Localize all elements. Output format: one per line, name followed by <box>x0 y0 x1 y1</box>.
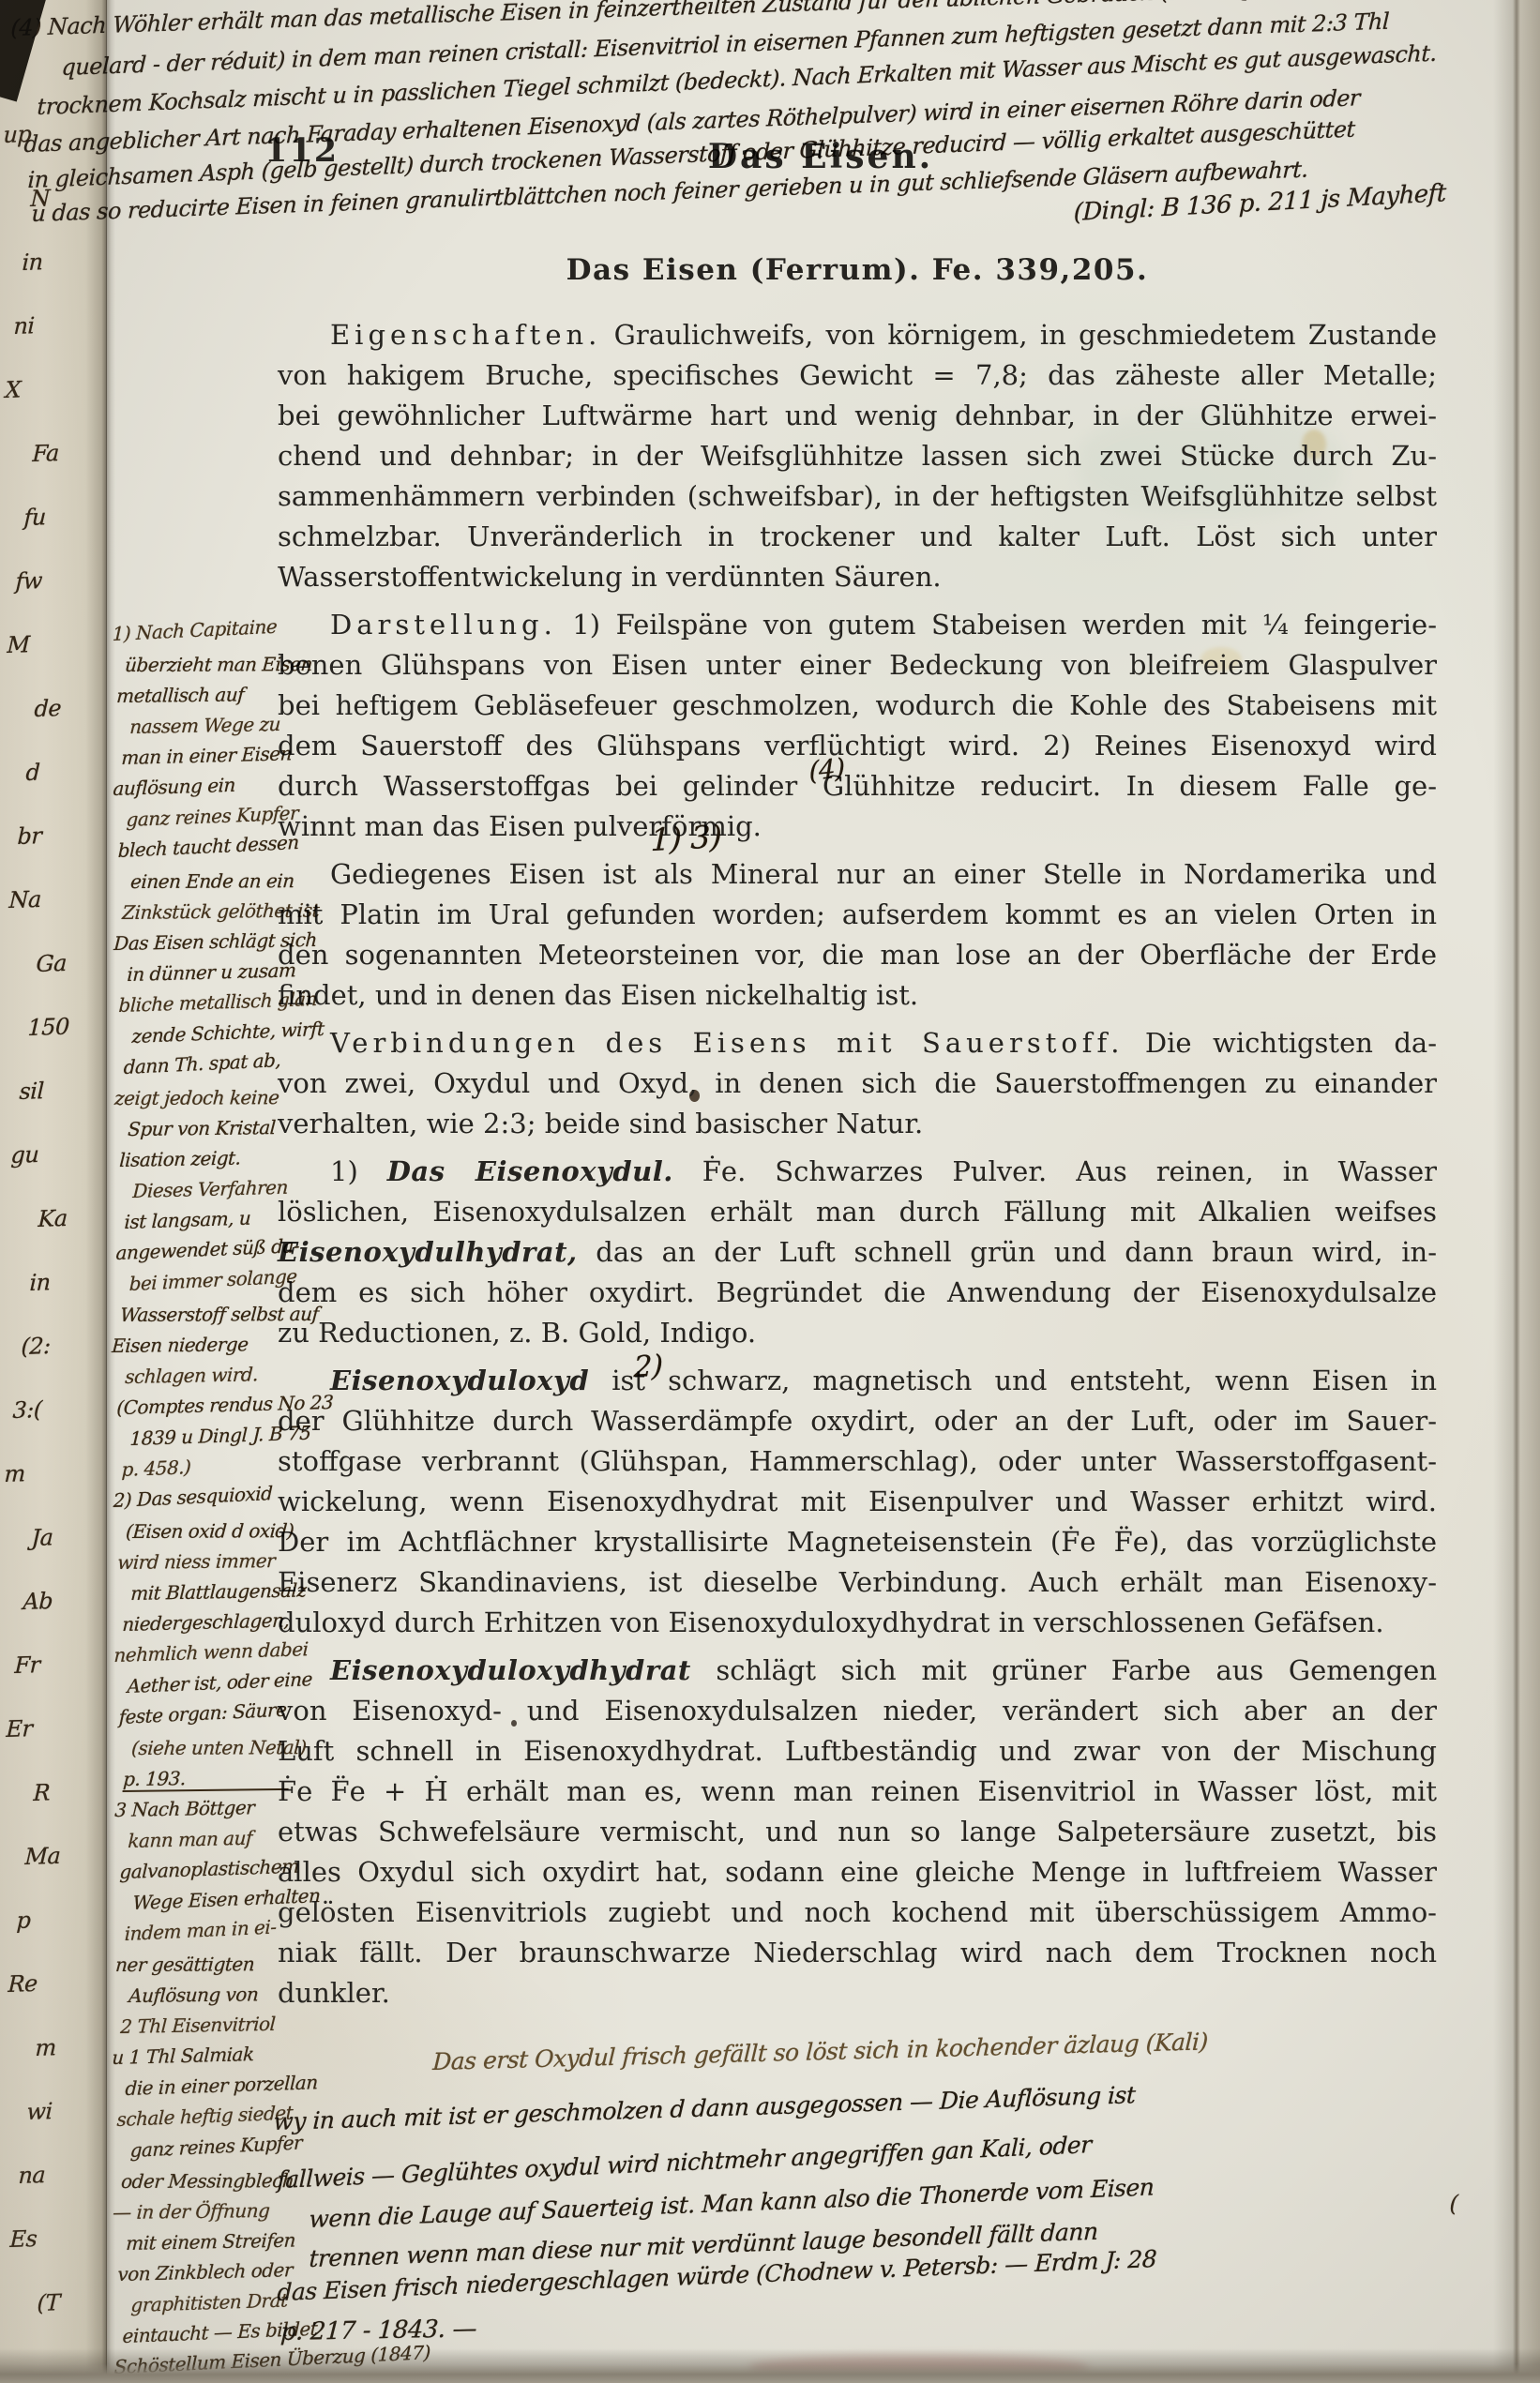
bottom-note-line: fallweis — Geglühtes oxydul wird nichtme… <box>277 2131 1092 2194</box>
print-text-segment: Die wichtigsten da- <box>1124 1027 1437 1059</box>
margin-note-line: ganz reines Kupfer <box>129 2131 302 2162</box>
print-text-segment: Ferrum <box>765 253 894 287</box>
chapter-title: Das Eisen (Ferrum). Fe. 339,205. <box>278 253 1437 287</box>
print-paragraph: Eisenoxyduloxydhydrat schlägt sich mit g… <box>278 1651 1437 2013</box>
print-line: von Eisenoxyd- und Eisenoxydulsalzen nie… <box>278 1691 1437 1731</box>
print-text-segment: winnt man das Eisen pulverförmig. <box>278 810 762 842</box>
print-line: alles Oxydul sich oxydirt hat, sodann ei… <box>278 1852 1437 1893</box>
print-text-segment: niak fällt. Der braunschwarze Niederschl… <box>278 1937 1437 1968</box>
print-text-segment: Luft schnell in Eisenoxydhydrat. Luftbes… <box>278 1735 1437 1767</box>
print-line: Wasserstoffentwickelung in verdünnten Sä… <box>278 557 1437 597</box>
margin-note-line: ganz reines Kupfer <box>126 802 298 831</box>
print-text-segment: dunkler. <box>278 1977 390 2009</box>
print-text-segment: 1) <box>330 1155 387 1187</box>
print-line: stoffgase verbrannt (Glühspan, Hammersch… <box>278 1441 1437 1482</box>
print-text-segment: wickelung, wenn Eisenoxydhydrat mit Eise… <box>278 1486 1437 1517</box>
margin-note-line: mit einem Streifen <box>126 2229 296 2255</box>
print-text-segment: benen Glühspans von Eisen unter einer Be… <box>278 649 1437 681</box>
margin-note-line: wird niess immer <box>117 1549 276 1574</box>
print-line: niak fällt. Der braunschwarze Niederschl… <box>278 1933 1437 1973</box>
margin-note-line: oder Messingblech <box>120 2169 294 2193</box>
margin-note-line: die in einer porzellan <box>125 2071 318 2100</box>
print-line: schmelzbar. Unveränderlich in trockener … <box>278 517 1437 557</box>
margin-note-line: Dieses Verfahren <box>132 1176 288 1202</box>
print-line: mit Platin im Ural gefunden worden; aufs… <box>278 895 1437 935</box>
margin-note-line: p. 458.) <box>121 1455 191 1481</box>
print-line: den sogenannten Meteorsteinen vor, die m… <box>278 935 1437 975</box>
margin-note-line: auflösung ein <box>113 774 235 800</box>
margin-note-line: bei immer solange <box>128 1265 296 1295</box>
print-text-segment: Eisenoxyduloxyd <box>330 1365 589 1396</box>
print-line: Eisenoxydulhydrat, das an der Luft schne… <box>278 1232 1437 1273</box>
margin-note-line: ist langsam, u <box>124 1207 251 1234</box>
print-text-segment: durch Wasserstoffgas bei gelinder Glühhi… <box>278 770 1437 802</box>
margin-note-line: nassem Wege zu <box>129 713 281 738</box>
print-text-segment: dem Sauerstoff des Glühspans verflüchtig… <box>278 730 1437 762</box>
margin-note-line: schlagen wird. <box>125 1363 259 1388</box>
page-right-edge <box>1493 0 1540 2383</box>
margin-note-line: lisation zeigt. <box>119 1147 241 1172</box>
print-line: Eisenoxyduloxyd ist schwarz, magnetisch … <box>278 1361 1437 1401</box>
print-paragraph: 1) Das Eisenoxydul. Ḟe. Schwarzes Pulver… <box>278 1152 1437 1353</box>
page-fold-crease <box>106 0 115 2383</box>
print-line: gelösten Eisenvitriols zugiebt und noch … <box>278 1893 1437 1933</box>
print-line: zu Reductionen, z. B. Gold, Indigo. <box>278 1313 1437 1353</box>
margin-note-line: in dünner u zusam <box>127 958 296 986</box>
margin-note-line: indem man in ei- <box>124 1915 276 1945</box>
margin-note-line: dann Th. spat ab, <box>123 1048 280 1078</box>
print-paragraph: Darstellung. 1) Feilspäne von gutem Stab… <box>278 605 1437 847</box>
margin-note-line: u 1 Thl Salmiak <box>112 2043 254 2069</box>
page-fold-strip <box>0 0 107 2383</box>
margin-note-line: kann man auf <box>128 1827 253 1853</box>
print-line: duloxyd durch Erhitzen von Eisenoxydulox… <box>278 1603 1437 1643</box>
print-line: chend und dehnbar; in der Weifsglühhitze… <box>278 436 1437 476</box>
margin-note-line: schale heftig siedet <box>116 2101 293 2131</box>
print-line: Der im Achtflächner krystallisirte Magne… <box>278 1522 1437 1562</box>
print-line: Eisenoxyduloxydhydrat schlägt sich mit g… <box>278 1651 1437 1691</box>
margin-note-line: niedergeschlagen, <box>122 1608 290 1636</box>
print-line: der Glühhitze durch Wasserdämpfe oxydirt… <box>278 1401 1437 1441</box>
print-line: 1) Das Eisenoxydul. Ḟe. Schwarzes Pulver… <box>278 1152 1437 1192</box>
print-line: Luft schnell in Eisenoxydhydrat. Luftbes… <box>278 1731 1437 1772</box>
print-text-segment: gelösten Eisenvitriols zugiebt und noch … <box>278 1896 1437 1928</box>
print-line: Eisenerz Skandinaviens, ist dieselbe Ver… <box>278 1562 1437 1603</box>
print-text-segment: dem es sich höher oxydirt. Begründet die… <box>278 1276 1437 1308</box>
margin-note-line: Spur von Kristal <box>128 1116 277 1140</box>
print-line: bei gewöhnlicher Luftwärme hart und weni… <box>278 396 1437 436</box>
print-text-segment: Darstellung. <box>330 609 557 641</box>
bottom-note-line: trennen wenn man diese nur mit verdünnt … <box>309 2218 1098 2272</box>
margin-note-line: eintaucht — Es bildet <box>122 2317 317 2347</box>
margin-note-line: Eisen niederge <box>112 1333 249 1357</box>
print-text-segment: Eigenschaften. <box>330 319 601 351</box>
print-text-segment: Ḟe F̈e + Ḣ erhält man es, wenn man reine… <box>278 1775 1437 1807</box>
print-text-segment: 1) Feilspäne von gutem Stabeisen werden … <box>557 609 1437 641</box>
print-line: findet, und in denen das Eisen nickelhal… <box>278 975 1437 1016</box>
print-line: Ḟe F̈e + Ḣ erhält man es, wenn man reine… <box>278 1772 1437 1812</box>
top-note-line: (4) Nach Wöhler erhält man das metallisc… <box>10 0 1412 41</box>
print-line: etwas Schwefelsäure vermischt, und nun s… <box>278 1812 1437 1852</box>
margin-note-line: metallisch auf <box>116 683 245 707</box>
print-paragraph: Eigenschaften. Graulichweifs, von körnig… <box>278 315 1437 597</box>
print-line: dunkler. <box>278 1973 1437 2013</box>
print-line: verhalten, wie 2:3; beide sind basischer… <box>278 1104 1437 1144</box>
print-line: von hakigem Bruche, specifisches Gewicht… <box>278 355 1437 396</box>
print-text-segment: von zwei, Oxydul und Oxyd, in denen sich… <box>278 1067 1437 1099</box>
margin-note-line: angewendet süß da- <box>115 1234 299 1264</box>
print-line: dem es sich höher oxydirt. Begründet die… <box>278 1273 1437 1313</box>
print-text-segment: zu Reductionen, z. B. Gold, Indigo. <box>278 1317 756 1349</box>
print-text-segment: von Eisenoxyd- und Eisenoxydulsalzen nie… <box>278 1695 1437 1727</box>
margin-note-line: einen Ende an ein <box>129 869 294 893</box>
margin-note-line: — in der Öffnung <box>113 2199 271 2224</box>
print-text-segment: schlägt sich mit grüner Farbe aus Gemeng… <box>691 1654 1437 1686</box>
bottom-note-line: das Eisen frisch niedergeschlagen würde … <box>277 2245 1157 2306</box>
print-text-segment: findet, und in denen das Eisen nickelhal… <box>278 979 918 1011</box>
bottom-note-line: p. 217 - 1843. — <box>279 2315 476 2346</box>
bottom-note-line: wy in auch mit ist er geschmolzen d dann… <box>273 2081 1136 2135</box>
print-line: Verbindungen des Eisens mit Sauerstoff. … <box>278 1023 1437 1063</box>
print-text-segment: Ḟe. Schwarzes Pulver. Aus reinen, in Was… <box>673 1155 1437 1187</box>
top-note-line: quelard - der réduit) in dem man reinen … <box>61 8 1390 81</box>
margin-note-line: (Eisen oxid d oxid) <box>125 1519 294 1543</box>
print-text-segment: schmelzbar. Unveränderlich in trockener … <box>278 520 1437 552</box>
bottom-note-line: wenn die Lauge auf Sauerteig ist. Man ka… <box>309 2173 1155 2233</box>
book-page-scan: 112 Das Eisen. Das Eisen (Ferrum). Fe. 3… <box>0 0 1540 2383</box>
print-text-segment: Das Eisenoxydul. <box>387 1155 673 1187</box>
print-text-segment: Eisenoxyduloxydhydrat <box>330 1654 691 1686</box>
top-note-line: (Dingl: B 136 p. 211 js Mayheft <box>1073 179 1446 227</box>
margin-note-line: graphitisten Drat <box>130 2288 288 2316</box>
print-paragraph: Eisenoxyduloxyd ist schwarz, magnetisch … <box>278 1361 1437 1643</box>
print-line: winnt man das Eisen pulverförmig. <box>278 807 1437 847</box>
margin-note-line: Auflösung von <box>128 1983 259 2007</box>
print-text-block: Eigenschaften. Graulichweifs, von körnig… <box>278 315 1437 2013</box>
bottom-note-line: Das erst Oxydul frisch gefällt so löst s… <box>432 2028 1209 2075</box>
print-text-segment: Eisenerz Skandinaviens, ist dieselbe Ver… <box>278 1566 1437 1598</box>
print-line: dem Sauerstoff des Glühspans verflüchtig… <box>278 726 1437 766</box>
print-text-segment: duloxyd durch Erhitzen von Eisenoxydulox… <box>278 1606 1384 1638</box>
margin-note-line: von Zinkblech oder <box>117 2258 294 2285</box>
print-text-segment: sammenhämmern verbinden (schweifsbar), i… <box>278 480 1437 512</box>
margin-note-line: ner gesättigten <box>114 1953 255 1976</box>
print-text-segment: etwas Schwefelsäure vermischt, und nun s… <box>278 1816 1437 1848</box>
print-text-segment: alles Oxydul sich oxydirt hat, sodann ei… <box>278 1856 1437 1888</box>
print-line: durch Wasserstoffgas bei gelinder Glühhi… <box>278 766 1437 807</box>
print-text-segment: Graulichweifs, von körnigem, in geschmie… <box>601 319 1437 351</box>
print-line: bei heftigem Gebläsefeuer geschmolzen, w… <box>278 686 1437 726</box>
print-text-segment: Eisenoxydulhydrat, <box>278 1236 578 1268</box>
scan-bottom-edge <box>0 2348 1540 2383</box>
margin-note-line: feste organ: Säure <box>118 1698 286 1728</box>
print-line: Gediegenes Eisen ist als Mineral nur an … <box>278 854 1437 895</box>
print-text-segment: den sogenannten Meteorsteinen vor, die m… <box>278 939 1437 971</box>
print-line: benen Glühspans von Eisen unter einer Be… <box>278 645 1437 686</box>
print-line: Darstellung. 1) Feilspäne von gutem Stab… <box>278 605 1437 645</box>
margin-note-line: 2 Thl Eisenvitriol <box>120 2013 276 2038</box>
print-line: wickelung, wenn Eisenoxydhydrat mit Eise… <box>278 1482 1437 1522</box>
print-text-segment: Gediegenes Eisen ist als Mineral nur an … <box>330 858 1437 890</box>
top-note-line: trocknem Kochsalz mischt u in passlichen… <box>37 40 1437 120</box>
print-text-segment: bei heftigem Gebläsefeuer geschmolzen, w… <box>278 689 1437 721</box>
margin-note-line: 1) Nach Capitaine <box>112 615 277 645</box>
margin-note-line: man in einer Eisen <box>121 742 293 769</box>
print-text-segment: Verbindungen des Eisens mit Sauerstoff. <box>330 1027 1124 1059</box>
print-text-segment: von hakigem Bruche, specifisches Gewicht… <box>278 359 1437 391</box>
print-line: löslichen, Eisenoxydulsalzen erhält man … <box>278 1192 1437 1232</box>
margin-note-line: zeigt jedoch keine <box>113 1086 279 1109</box>
margin-note-line: blech taucht dessen <box>117 831 299 862</box>
margin-note-line: galvanoplastischem <box>119 1855 299 1883</box>
print-text-segment: verhalten, wie 2:3; beide sind basischer… <box>278 1108 923 1139</box>
print-line: Eigenschaften. Graulichweifs, von körnig… <box>278 315 1437 355</box>
print-line: von zwei, Oxydul und Oxyd, in denen sich… <box>278 1063 1437 1104</box>
running-title: Das Eisen. <box>277 137 1365 176</box>
print-text-segment: ). Fe. 339,205. <box>894 253 1148 287</box>
margin-note-line: 3 Nach Böttger <box>114 1796 255 1821</box>
print-text-segment: Der im Achtflächner krystallisirte Magne… <box>278 1526 1437 1558</box>
print-paragraph: Verbindungen des Eisens mit Sauerstoff. … <box>278 1023 1437 1144</box>
print-text-segment: chend und dehnbar; in der Weifsglühhitze… <box>278 440 1437 472</box>
print-text-segment: das an der Luft schnell grün und dann br… <box>578 1236 1437 1268</box>
print-text-segment: der Glühhitze durch Wasserdämpfe oxydirt… <box>278 1405 1437 1437</box>
edge-text-fragment: ( <box>1449 2191 1458 2217</box>
print-text-segment: Wasserstoffentwickelung in verdünnten Sä… <box>278 561 942 593</box>
print-text-segment: ist schwarz, magnetisch und entsteht, we… <box>589 1365 1437 1396</box>
margin-note-line: p. 193. <box>122 1766 289 1792</box>
print-text-segment: löslichen, Eisenoxydulsalzen erhält man … <box>278 1196 1437 1228</box>
print-line: sammenhämmern verbinden (schweifsbar), i… <box>278 476 1437 517</box>
print-text-segment: stoffgase verbrannt (Glühspan, Hammersch… <box>278 1445 1437 1477</box>
print-paragraph: Gediegenes Eisen ist als Mineral nur an … <box>278 854 1437 1016</box>
print-text-segment: Das Eisen ( <box>566 253 765 287</box>
print-text-segment: bei gewöhnlicher Luftwärme hart und weni… <box>278 400 1437 431</box>
print-text-segment: mit Platin im Ural gefunden worden; aufs… <box>278 898 1437 930</box>
margin-note-line: 2) Das sesquioxid <box>113 1482 272 1512</box>
